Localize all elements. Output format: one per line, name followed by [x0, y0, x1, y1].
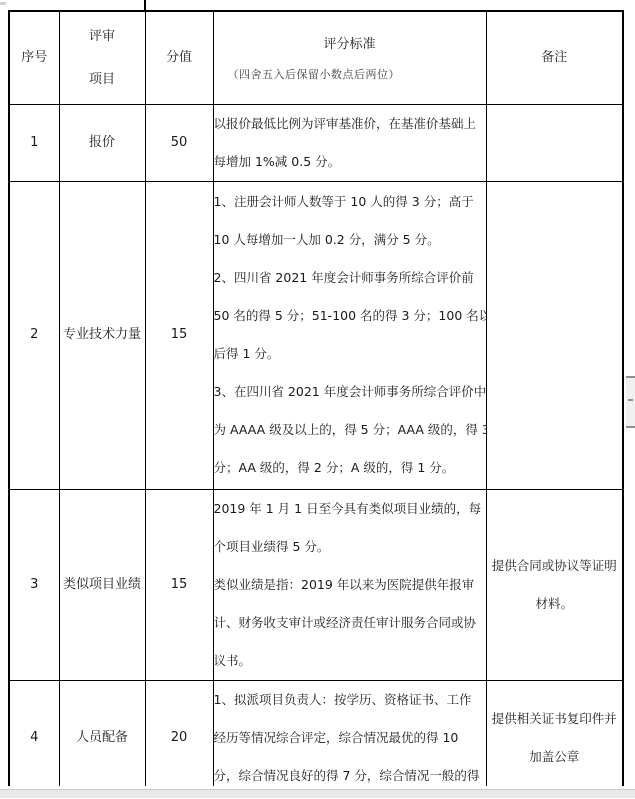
- cell-criteria: 2019 年 1 月 1 日至今具有类似项目业绩的，每 个项目业绩得 5 分。 …: [213, 489, 486, 680]
- cell-no: 2: [9, 181, 59, 489]
- table-row: 4 人员配备 20 1、拟派项目负责人：按学历、资格证书、工作 经历等情况综合评…: [9, 680, 623, 786]
- cell-item: 报价: [59, 104, 145, 181]
- cell-score: 50: [145, 104, 213, 181]
- header-score: 分值: [145, 11, 213, 104]
- evaluation-table-container: 序号 评审 项目 分值 评分标准 （四舍五入后保留小数点后两位） 备注 1 报价…: [8, 10, 626, 786]
- page-edge-artifact: [0, 2, 6, 5]
- window-bottom-edge: [0, 789, 635, 798]
- cell-criteria: 以报价最低比例为评审基准价，在基准价基础上 每增加 1%减 0.5 分。: [213, 104, 486, 181]
- cell-remark: 提供合同或协议等证明 材料。: [486, 489, 623, 680]
- cell-criteria: 1、拟派项目负责人：按学历、资格证书、工作 经历等情况综合评定，综合情况最优的得…: [213, 680, 486, 786]
- cell-no: 4: [9, 680, 59, 786]
- cell-no: 3: [9, 489, 59, 680]
- document-page: 序号 评审 项目 分值 评分标准 （四舍五入后保留小数点后两位） 备注 1 报价…: [0, 0, 635, 799]
- table-row: 3 类似项目业绩 15 2019 年 1 月 1 日至今具有类似项目业绩的，每 …: [9, 489, 623, 680]
- header-criteria: 评分标准 （四舍五入后保留小数点后两位）: [213, 11, 486, 104]
- cell-no: 1: [9, 104, 59, 181]
- cell-score: 15: [145, 181, 213, 489]
- cell-item: 人员配备: [59, 680, 145, 786]
- cell-remark: [486, 104, 623, 181]
- cell-remark: [486, 181, 623, 489]
- table-row: 1 报价 50 以报价最低比例为评审基准价，在基准价基础上 每增加 1%减 0.…: [9, 104, 623, 181]
- cell-item: 专业技术力量: [59, 181, 145, 489]
- header-no: 序号: [9, 11, 59, 104]
- header-remark: 备注: [486, 11, 623, 104]
- header-criteria-title: 评分标准: [214, 33, 486, 52]
- scrollbar-grip-icon: [628, 399, 633, 401]
- table-header-row: 序号 评审 项目 分值 评分标准 （四舍五入后保留小数点后两位） 备注: [9, 11, 623, 104]
- cell-item: 类似项目业绩: [59, 489, 145, 680]
- header-criteria-note: （四舍五入后保留小数点后两位）: [214, 66, 486, 82]
- cell-score: 15: [145, 489, 213, 680]
- cell-remark: 提供相关证书复印件并 加盖公章: [486, 680, 623, 786]
- evaluation-table: 序号 评审 项目 分值 评分标准 （四舍五入后保留小数点后两位） 备注 1 报价…: [8, 10, 624, 786]
- cell-criteria: 1、注册会计师人数等于 10 人的得 3 分；高于 10 人每增加一人加 0.2…: [213, 181, 486, 489]
- header-item: 评审 项目: [59, 11, 145, 104]
- table-row: 2 专业技术力量 15 1、注册会计师人数等于 10 人的得 3 分；高于 10…: [9, 181, 623, 489]
- cell-score: 20: [145, 680, 213, 786]
- scrollbar-thumb[interactable]: [626, 376, 635, 428]
